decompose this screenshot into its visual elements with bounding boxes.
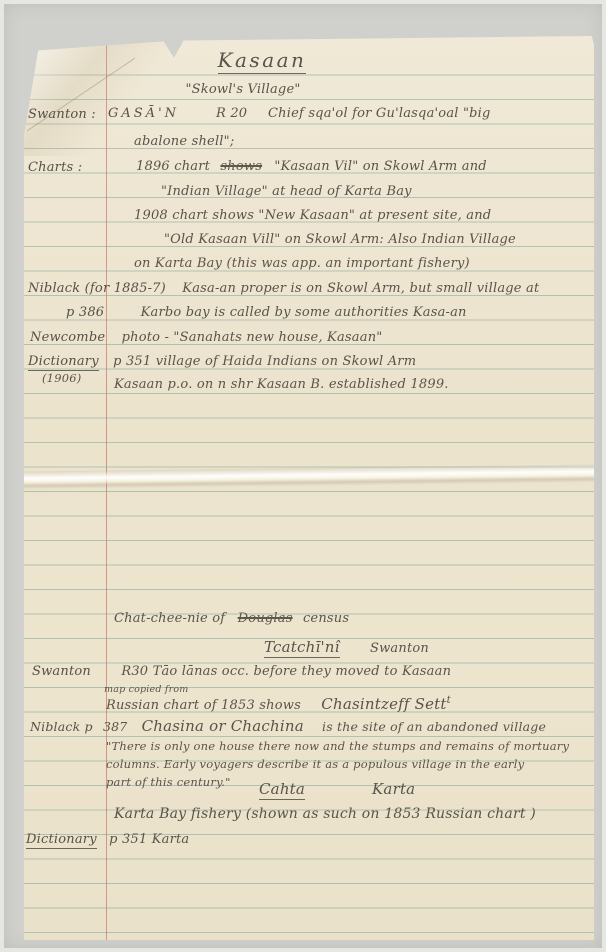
dictionary2-line: Dictionary p 351 Karta xyxy=(26,832,189,847)
niblack1-line1: Niblack (for 1885-7) Kasa-an proper is o… xyxy=(28,281,539,296)
swanton2-text1: R30 Tāo lānas occ. before they moved to … xyxy=(121,664,451,679)
charts-line3: 1908 chart shows "New Kasaan" at present… xyxy=(134,208,491,223)
cahta-alt-name: Karta xyxy=(372,780,415,798)
swanton-native-name: GASĀ'N xyxy=(108,106,179,121)
swanton-gloss-line2: abalone shell"; xyxy=(134,134,234,149)
cahta-heading-line: Cahta Karta xyxy=(259,780,415,798)
niblack1-label: Niblack (for 1885-7) xyxy=(28,281,166,296)
charts-line4: "Old Kasaan Vill" on Skowl Arm: Also Ind… xyxy=(164,232,516,247)
page-subtitle: "Skowl's Village" xyxy=(153,82,333,97)
swanton2-settlement-name: Chasintzeff Settt xyxy=(321,695,451,713)
newcombe-label: Newcombe xyxy=(30,330,105,345)
tcatchini-heading: Tcatchī'nî xyxy=(264,638,340,658)
dictionary1906-line1: Dictionary p 351 village of Haida Indian… xyxy=(28,354,416,369)
swanton2-text2a: Russian chart of 1853 shows xyxy=(106,698,301,713)
charts-label: Charts : xyxy=(28,160,82,175)
niblack1-text1: Kasa-an proper is on Skowl Arm, but smal… xyxy=(182,281,539,296)
newcombe-text: photo - "Sanahats new house, Kasaan" xyxy=(122,330,383,345)
niblack2-quote-line2: columns. Early voyagers describe it as a… xyxy=(106,757,524,771)
chatcheenie-struck-word: Douglas xyxy=(238,611,293,626)
chatcheenie-b: census xyxy=(303,611,349,626)
niblack2-quote-line3: part of this century." xyxy=(106,775,231,789)
niblack1-line2: p 386 Karbo bay is called by some author… xyxy=(66,305,467,320)
charts-line2: "Indian Village" at head of Karta Bay xyxy=(161,184,412,199)
chatcheenie-line: Chat-chee-nie of Douglas census xyxy=(114,611,349,626)
niblack2-quote-line1: "There is only one house there now and t… xyxy=(106,739,569,753)
dictionary2-label: Dictionary xyxy=(26,832,97,849)
page-title-text: Kasaan xyxy=(218,48,307,74)
swanton2-label: Swanton xyxy=(32,664,91,679)
niblack2-line1: Niblack p 387 Chasina or Chachina is the… xyxy=(30,717,546,735)
karta-bay-line: Karta Bay fishery (shown as such on 1853… xyxy=(114,806,536,822)
charts-line1-b: "Kasaan Vil" on Skowl Arm and xyxy=(274,159,486,174)
charts-line1: 1896 chart shows "Kasaan Vil" on Skowl A… xyxy=(136,159,487,174)
swanton-ref: R 20 xyxy=(216,106,247,121)
charts-line5: on Karta Bay (this was app. an important… xyxy=(134,256,470,271)
tcatchini-source-note: Swanton xyxy=(370,641,429,656)
swanton2-line1: Swanton R30 Tāo lānas occ. before they m… xyxy=(32,664,451,679)
dictionary1906-text1: p 351 village of Haida Indians on Skowl … xyxy=(113,354,416,369)
swanton2-insertion: map copied from xyxy=(104,684,188,695)
swanton2-line2: Russian chart of 1853 shows Chasintzeff … xyxy=(106,695,451,713)
dictionary1906-text2: Kasaan p.o. on n shr Kasaan B. establish… xyxy=(114,377,449,392)
dictionary1906-label: Dictionary xyxy=(28,354,99,371)
dictionary2-text: p 351 Karta xyxy=(109,832,189,847)
chatcheenie-a: Chat-chee-nie of xyxy=(114,611,225,626)
page-title: Kasaan xyxy=(192,48,332,72)
dictionary1906-year: (1906) xyxy=(42,371,81,385)
niblack2-label: Niblack p xyxy=(30,719,93,734)
niblack1-text2: Karbo bay is called by some authorities … xyxy=(141,305,467,320)
swanton-gloss-line1: Chief sqa'ol for Gu'lasqa'oal "big xyxy=(268,106,491,121)
charts-line1-struck-word: shows xyxy=(220,159,262,174)
tcatchini-heading-line: Tcatchī'nî Swanton xyxy=(264,638,429,656)
niblack2-text: is the site of an abandoned village xyxy=(322,719,546,734)
niblack2-place-names: Chasina or Chachina xyxy=(142,717,304,735)
notebook-page: Kasaan "Skowl's Village" Swanton : GASĀ'… xyxy=(24,36,594,940)
niblack2-page-ref: 387 xyxy=(103,719,127,734)
newcombe-line: Newcombe photo - "Sanahats new house, Ka… xyxy=(30,330,382,345)
cahta-heading: Cahta xyxy=(259,780,305,800)
swanton2-settlement-superscript: t xyxy=(447,695,451,706)
swanton2-settlement-text: Chasintzeff Sett xyxy=(321,695,446,713)
swanton-label: Swanton : xyxy=(28,107,96,122)
niblack1-page-ref: p 386 xyxy=(66,305,104,320)
charts-line1-a: 1896 chart xyxy=(136,159,210,174)
